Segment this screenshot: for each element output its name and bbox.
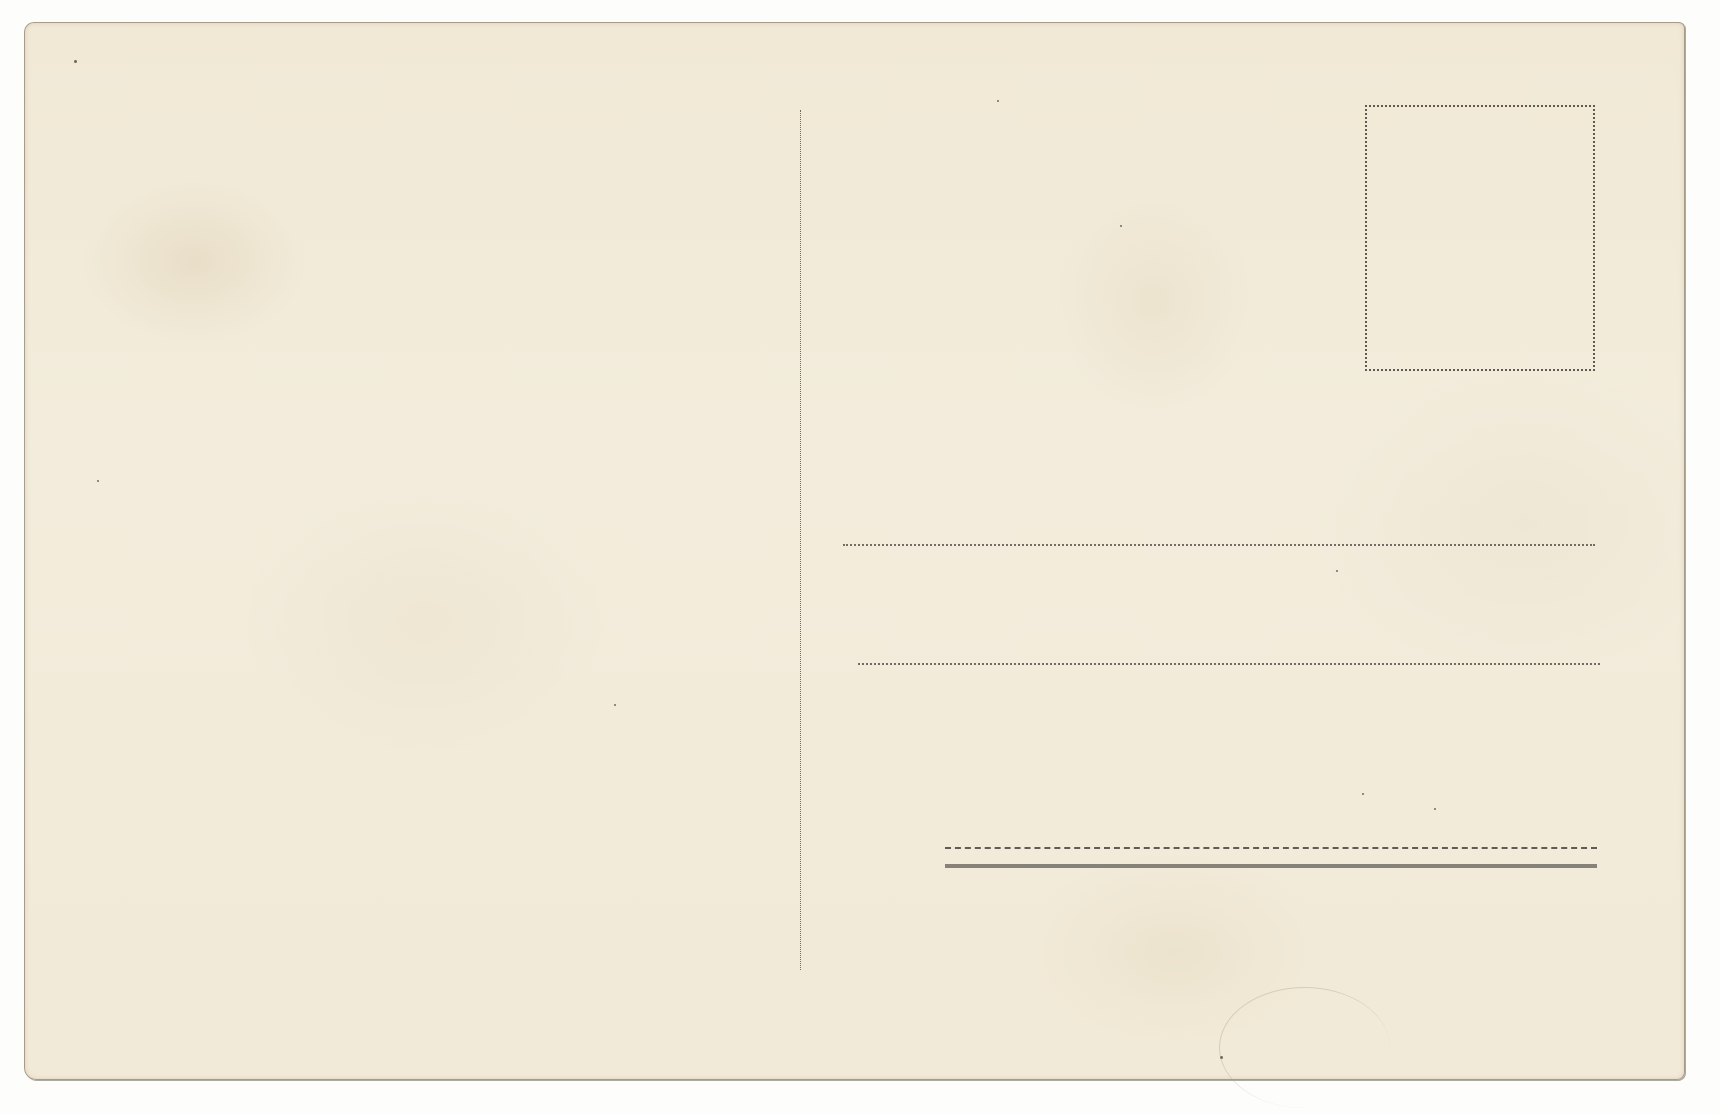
address-line-3-underline: [945, 864, 1597, 868]
paper-speck: [614, 704, 616, 706]
postcard-back: [24, 22, 1685, 1080]
paper-speck: [97, 480, 99, 482]
paper-speck: [74, 60, 77, 63]
paper-speck: [1434, 808, 1436, 810]
stamp-box: [1365, 105, 1595, 371]
paper-speck: [997, 100, 999, 102]
message-area: [24, 22, 800, 1080]
address-line-2: [858, 663, 1600, 665]
address-line-1: [843, 544, 1595, 546]
center-divider-line: [800, 110, 801, 970]
paper-speck: [1362, 793, 1364, 795]
address-line-3: [945, 847, 1597, 849]
faint-crease-arc: [1219, 987, 1390, 1108]
paper-speck: [1336, 570, 1338, 572]
scan-background: [0, 0, 1720, 1114]
paper-speck: [1120, 225, 1122, 227]
